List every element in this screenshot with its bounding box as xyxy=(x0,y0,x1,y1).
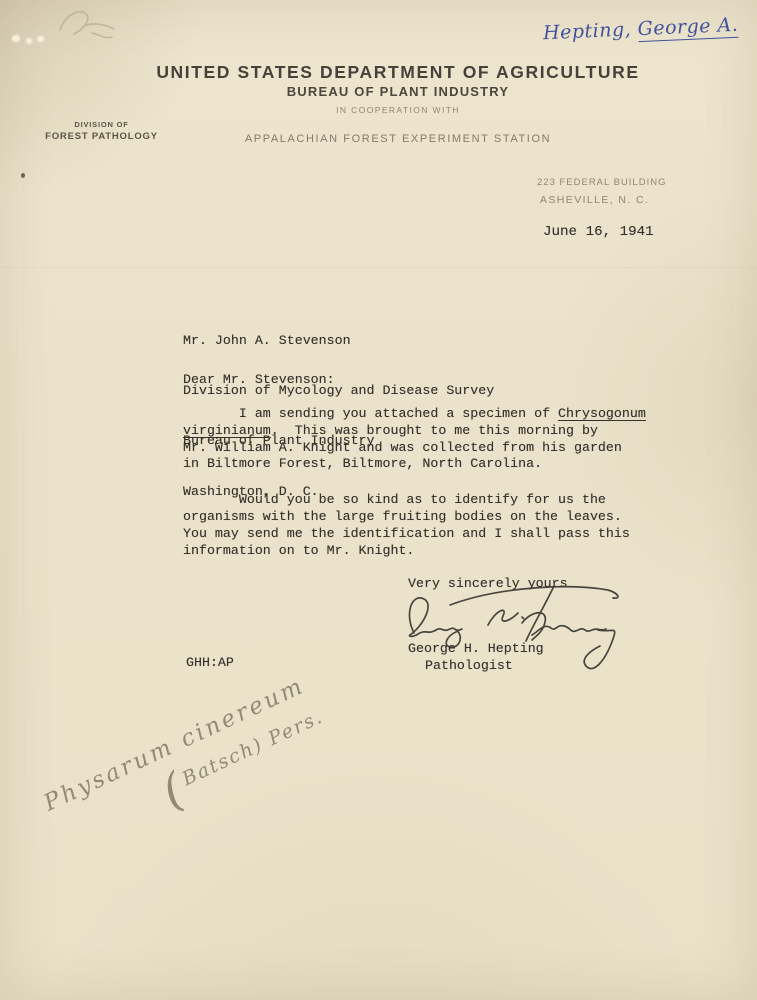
handwritten-given-name-underlined: George A. xyxy=(637,14,739,42)
letter-line: organisms with the large fruiting bodies… xyxy=(183,509,646,526)
letter-line: Mr. William A. Knight and was collected … xyxy=(183,440,646,457)
letterhead-bureau: BUREAU OF PLANT INDUSTRY xyxy=(20,84,757,99)
office-address-block: 223 FEDERAL BUILDING ASHEVILLE, N. C. xyxy=(537,177,666,206)
salutation: Dear Mr. Stevenson: xyxy=(183,372,335,389)
corner-scribble-mark xyxy=(22,4,132,49)
paper-damage-speck xyxy=(12,35,20,42)
letter-line: information on to Mr. Knight. xyxy=(183,543,646,560)
letter-paragraph: Would you be so kind as to identify for … xyxy=(183,492,646,559)
paper-damage-speck xyxy=(37,36,44,42)
letter-line: Would you be so kind as to identify for … xyxy=(183,492,646,509)
letter-line: in Biltmore Forest, Biltmore, North Caro… xyxy=(183,456,646,473)
signer-title: Pathologist xyxy=(425,658,513,675)
ink-dot xyxy=(21,173,25,178)
signer-typed-name: George H. Hepting xyxy=(408,641,544,658)
letter-page: Hepting, George A. UNITED STATES DEPARTM… xyxy=(0,0,757,1000)
letter-line: I am sending you attached a specimen of … xyxy=(183,406,646,423)
office-address-line1: 223 FEDERAL BUILDING xyxy=(537,177,666,188)
handwritten-surname: Hepting, xyxy=(543,18,639,44)
letterhead-agency: UNITED STATES DEPARTMENT OF AGRICULTURE xyxy=(20,62,757,83)
letter-body: I am sending you attached a specimen of … xyxy=(183,406,646,578)
division-line1: DIVISION OF xyxy=(30,120,173,129)
paper-crease xyxy=(0,267,757,268)
closing-phrase: Very sincerely yours xyxy=(408,576,568,593)
typist-initials: GHH:AP xyxy=(186,655,234,672)
letter-date: June 16, 1941 xyxy=(543,224,654,241)
letter-line: You may send me the identification and I… xyxy=(183,526,646,543)
division-line2: FOREST PATHOLOGY xyxy=(30,131,173,142)
paper-damage-speck xyxy=(26,38,32,44)
letter-line: virginianum. This was brought to me this… xyxy=(183,423,646,440)
letterhead-cooperation: IN COOPERATION WITH xyxy=(20,105,757,115)
letterhead-division-block: DIVISION OF FOREST PATHOLOGY xyxy=(30,120,173,142)
letter-paragraph: I am sending you attached a specimen of … xyxy=(183,406,646,473)
recipient-name: Mr. John A. Stevenson xyxy=(183,333,494,350)
handwritten-filing-name: Hepting, George A. xyxy=(543,14,739,44)
office-address-line2: ASHEVILLE, N. C. xyxy=(540,194,666,206)
